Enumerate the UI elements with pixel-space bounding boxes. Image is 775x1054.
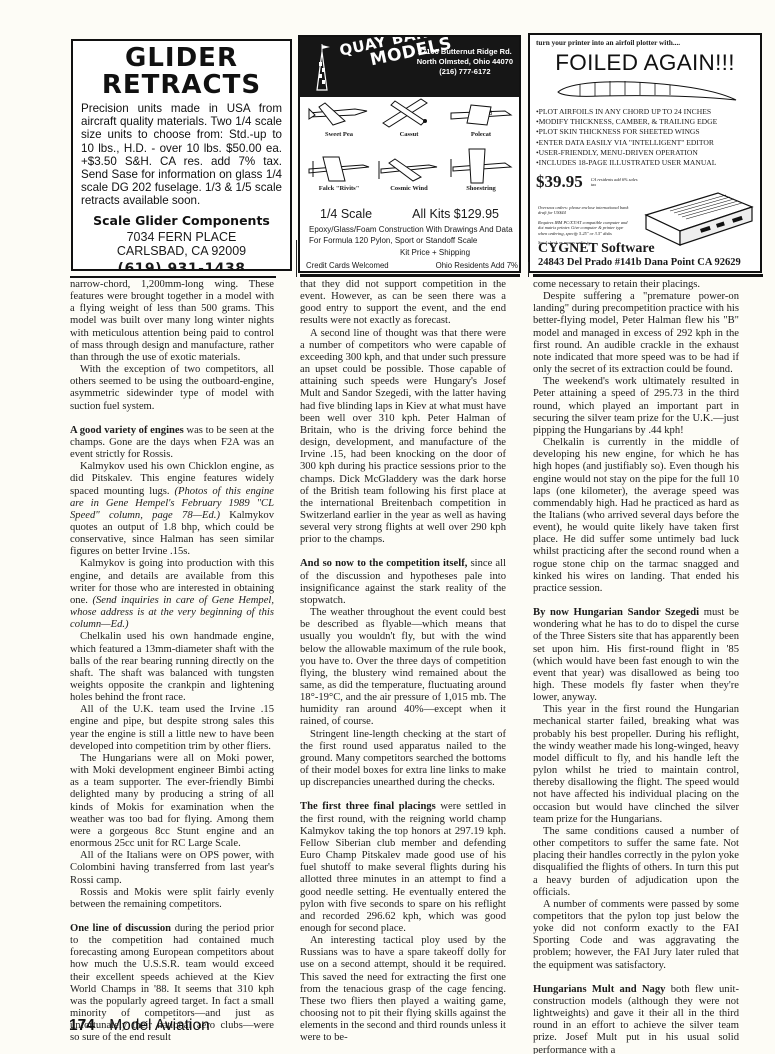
section-paragraph: The first three final placings were sett… <box>300 801 506 935</box>
ad-foiled-again: turn your printer into an airfoil plotte… <box>528 33 762 273</box>
ad-glider-retracts: GLIDER RETRACTS Precision units made in … <box>71 39 292 271</box>
page-number: 174 <box>69 1017 95 1034</box>
section-lead: A good variety of engines <box>70 425 184 436</box>
airplane-icon <box>375 93 443 131</box>
ad-phone: (216) 777-6172 <box>417 67 513 77</box>
scale-label: 1/4 Scale <box>320 207 372 221</box>
pylon-tower-icon <box>312 42 332 92</box>
plane-shoestring: Shoestring <box>446 147 516 192</box>
feature-item: INCLUDES 18-PAGE ILLUSTRATED USER MANUAL <box>536 158 754 168</box>
ad-title: RETRACTS <box>81 72 282 99</box>
address-line: North Olmsted, Ohio 44070 <box>417 57 513 67</box>
ad-tagline: turn your printer into an airfoil plotte… <box>536 38 754 47</box>
article-column-2: that they did not support competition in… <box>300 279 506 1045</box>
airplane-icon <box>447 147 515 185</box>
page-folio: 174 Model Aviation <box>69 1017 210 1035</box>
plane-cosmic-wind: Cosmic Wind <box>374 153 444 192</box>
article-column-1: narrow-chord, 1,200mm-long wing. These f… <box>70 279 274 1045</box>
paragraph: With the exception of two competitors, a… <box>70 364 274 413</box>
ad-address: 24843 Del Prado #141b Dana Point CA 9262… <box>538 257 741 268</box>
address-line: 7034 FERN PLACE <box>81 230 282 244</box>
printer-icon <box>640 185 758 247</box>
section-lead: And so now to the competition itself, <box>300 558 467 569</box>
feature-item: ENTER DATA EASILY VIA "INTELLIGENT" EDIT… <box>536 138 754 148</box>
plane-polecat: 6 Polecat <box>446 99 516 138</box>
editor-note: (Send inquiries in care of Gene Hempel, … <box>70 595 274 630</box>
column-divider <box>528 262 529 277</box>
tax-note: Ohio Residents Add 7% <box>436 261 518 270</box>
column-rule <box>533 274 763 277</box>
ad-address: 7034 FERN PLACE CARLSBAD, CA 92009 <box>81 230 282 258</box>
paragraph: Chelkalin is currently in the middle of … <box>533 437 739 595</box>
airplane-icon: 6 <box>447 99 515 131</box>
price-label: All Kits $129.95 <box>412 207 499 221</box>
article-column-3: come necessary to retain their placings.… <box>533 279 739 1054</box>
column-divider <box>296 240 297 277</box>
ad-header: QUAY BARBER MODELS 27106 Butternut Ridge… <box>300 37 519 97</box>
section-paragraph: Hungarians Mult and Nagy both flew unit-… <box>533 984 739 1054</box>
plane-falck-rivits: Falck "Rivits" <box>304 153 374 192</box>
requirements-note: Requires IBM PC/XT/AT compatible compute… <box>538 220 633 236</box>
ad-company: Scale Glider Components <box>81 213 282 228</box>
paragraph: The weather throughout the event could b… <box>300 607 506 729</box>
section-paragraph: A good variety of engines was to be seen… <box>70 425 274 461</box>
column-rule <box>300 274 520 277</box>
paragraph: Rossis and Mokis were split fairly evenl… <box>70 887 274 911</box>
paragraph-text: were settled in the first round, with th… <box>300 801 506 934</box>
paragraph: narrow-chord, 1,200mm-long wing. These f… <box>70 279 274 364</box>
ad-address: 27106 Butternut Ridge Rd. North Olmsted,… <box>417 47 513 77</box>
section-lead: By now Hungarian Sandor Szegedi <box>533 607 699 618</box>
section-lead: One line of discussion <box>70 923 171 934</box>
publication-name: Model Aviation <box>109 1017 210 1034</box>
paragraph: A number of comments were passed by some… <box>533 899 739 972</box>
tax-note: CA residents add 6% sales tax <box>591 177 641 188</box>
ad-title: FOILED AGAIN!!! <box>536 50 754 76</box>
column-rule <box>70 276 276 278</box>
ad-price-row: 1/4 Scale All Kits $129.95 <box>300 207 519 221</box>
section-paragraph: By now Hungarian Sandor Szegedi must be … <box>533 607 739 704</box>
paragraph: Kalmykov used his own Chicklon engine, a… <box>70 461 274 558</box>
ad-company: CYGNET Software <box>538 241 655 257</box>
section-lead: Hungarians Mult and Nagy <box>533 984 665 995</box>
feature-item: MODIFY THICKNESS, CAMBER, & TRAILING EDG… <box>536 117 754 127</box>
paragraph: An interesting tactical ploy used by the… <box>300 935 506 1044</box>
feature-list: PLOT AIRFOILS IN ANY CHORD UP TO 24 INCH… <box>536 107 754 168</box>
paragraph: This year in the first round the Hungari… <box>533 704 739 826</box>
paragraph: that they did not support competition in… <box>300 279 506 328</box>
paragraph: Chelkalin used his own handmade engine, … <box>70 631 274 704</box>
paragraph-text: must be wondering what he has to do to d… <box>533 607 739 703</box>
paragraph: Stringent line-length checking at the st… <box>300 729 506 790</box>
paragraph: A second line of thought was that there … <box>300 328 506 547</box>
paragraph: Despite suffering a "premature power-on … <box>533 291 739 376</box>
ad-title: GLIDER <box>81 45 282 72</box>
feature-item: USER-FRIENDLY, MENU-DRIVEN OPERATION <box>536 148 754 158</box>
airplane-icon <box>375 153 443 185</box>
paragraph: The weekend's work ultimately resulted i… <box>533 376 739 437</box>
ad-body: Precision units made in USA from aircraf… <box>81 102 282 208</box>
credit-note: Credit Cards Welcomed <box>306 261 389 270</box>
section-lead: The first three final placings <box>300 801 436 812</box>
paragraph: come necessary to retain their placings. <box>533 279 739 291</box>
feature-item: PLOT SKIN THICKNESS FOR SHEETED WINGS <box>536 127 754 137</box>
airplane-icon <box>305 153 373 185</box>
ad-quay-barber-models: QUAY BARBER MODELS 27106 Butternut Ridge… <box>298 35 521 273</box>
airplane-icon <box>305 99 373 131</box>
ad-description: Epoxy/Glass/Foam Construction With Drawi… <box>309 225 514 246</box>
address-line: CARLSBAD, CA 92009 <box>81 244 282 258</box>
paragraph: The same conditions caused a number of o… <box>533 826 739 899</box>
section-paragraph: And so now to the competition itself, si… <box>300 558 506 607</box>
overseas-note: Overseas orders: please enclose internat… <box>538 205 633 216</box>
kit-price-note: Kit Price + Shipping <box>400 248 470 257</box>
paragraph: Kalmykov is going into production with t… <box>70 558 274 631</box>
plane-gallery: Sweet Pea Cassut 6 Polecat Fal <box>304 99 517 211</box>
paragraph: All of the Italians were on OPS power, w… <box>70 850 274 886</box>
plane-sweet-pea: Sweet Pea <box>304 99 374 138</box>
paragraph: All of the U.K. team used the Irvine .15… <box>70 704 274 753</box>
plane-cassut: Cassut <box>374 93 444 138</box>
feature-item: PLOT AIRFOILS IN ANY CHORD UP TO 24 INCH… <box>536 107 754 117</box>
address-line: 27106 Butternut Ridge Rd. <box>417 47 513 57</box>
ad-phone: (619) 931-1438 <box>81 261 282 271</box>
ad-footer: Credit Cards Welcomed Ohio Residents Add… <box>306 261 518 270</box>
airfoil-icon <box>550 78 740 104</box>
paragraph: The Hungarians were all on Moki power, w… <box>70 753 274 850</box>
price-label: $39.95 <box>536 172 583 192</box>
